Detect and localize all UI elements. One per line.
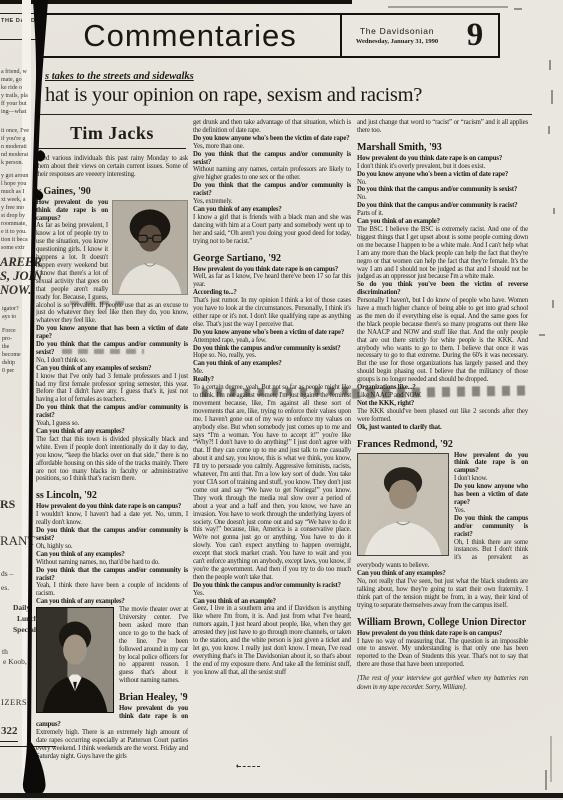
scan-top-edge <box>0 0 352 4</box>
section-title-cell: Commentaries <box>40 15 340 56</box>
interview-question: Do you know anyone who's been a victim o… <box>193 329 351 337</box>
interview-answer: Without naming names, no, that'd be hard… <box>36 559 188 567</box>
interview-answer: Yeah, I guess so. <box>36 420 188 428</box>
interview-question: Do you think that the campus and/or comm… <box>36 404 188 420</box>
interview-question: How prevalent do you think date rape is … <box>357 630 528 638</box>
interview-answer: That's just rumor. In my opinion I think… <box>193 297 351 329</box>
interview-question: Do you think that the campus and/or comm… <box>36 527 188 543</box>
interview-question: Do you think that the campus and/or comm… <box>36 341 188 357</box>
article-headline: hat is your opinion on rape, sexism and … <box>45 84 422 107</box>
interview-question: Organizations like...? <box>357 384 528 392</box>
interview-answer: No, I don't think so. <box>36 357 188 365</box>
margin-text-fragment: pro- <box>2 336 12 342</box>
interview-answer: I have no way of measuring that. The que… <box>357 638 528 670</box>
margin-text-fragment: st drop by <box>1 213 25 219</box>
interview-answer: No. <box>357 194 528 202</box>
margin-text-fragment: ff your but <box>1 101 27 107</box>
interview-question: Do you know anyone who's been a victim o… <box>357 171 528 179</box>
interview-question: Can you think of any examples? <box>357 570 528 578</box>
section-title: Commentaries <box>83 18 297 54</box>
interview-question: So do you think you've been the victim o… <box>357 281 528 297</box>
interview-answer: Extremely high. There is an extremely hi… <box>36 729 188 761</box>
margin-text-fragment: Special <box>13 625 36 634</box>
margin-text-fragment: if you're g <box>1 136 25 142</box>
interview-answer: Personally I haven't, but I do know of p… <box>357 297 528 384</box>
margin-text-fragment: y trails, pla <box>1 93 28 99</box>
columnist-byline: Tim Jacks <box>38 119 186 149</box>
interview-answer: Like NAACP and NOW. <box>357 392 528 400</box>
interview-answer: Yes, more than one. <box>193 143 351 151</box>
margin-text-fragment: dship <box>2 360 15 366</box>
interview-question: Can you think of any examples? <box>36 428 188 436</box>
paper-name: The Davidsonian <box>342 26 452 36</box>
interview-answer: The BSC. I believe the BSC is extremely … <box>357 226 528 281</box>
margin-text-fragment: e it to you. <box>1 229 27 235</box>
margin-text-fragment: a friend, w <box>1 69 27 75</box>
interview-question: Can you think of an example? <box>193 598 351 606</box>
interview-question: Do you know anyone who's been the victim… <box>193 135 351 143</box>
margin-text-fragment: y got aroun <box>1 173 28 179</box>
interview-question: Do you know anyone that has been a victi… <box>36 325 188 341</box>
margin-text-fragment: e Koob, <box>3 657 27 666</box>
interview-answer: Attempted rape, yeah, a few. <box>193 337 351 345</box>
interview-question: Really? <box>193 376 351 384</box>
interview-question: Do you think the campus and/or community… <box>193 582 351 590</box>
intro-paragraph: ested various individuals this past rain… <box>36 155 188 179</box>
page-number: 9 <box>452 19 498 52</box>
interview-answer: No, not really that I've seen, but just … <box>357 578 528 610</box>
student-portrait-healey <box>36 607 114 713</box>
interview-answer: To a certain degree, yeah. But not so fa… <box>193 384 351 582</box>
interview-question: Can you think of any examples? <box>36 598 188 606</box>
article-column-1: Tim Jacksested various individuals this … <box>36 119 188 761</box>
interview-answer: Geez, I live in a southern area and if D… <box>193 605 351 676</box>
interview-answer: and just change that word to “racist” or… <box>357 119 528 135</box>
margin-text-fragment: th <box>2 647 8 656</box>
margin-text-fragment: ays to <box>2 314 16 320</box>
section-masthead-box: Commentaries The Davidsonian Wednesday, … <box>38 13 500 58</box>
interview-answer: Oh, highly so. <box>36 543 188 551</box>
margin-text-fragment: RS <box>0 497 15 512</box>
margin-text-fragment: it once, I've <box>1 128 29 134</box>
interview-answer: The KKK should've been phased out like 2… <box>357 408 528 424</box>
interview-question: Can you think of an example? <box>357 218 528 226</box>
margin-text-fragment: igator? <box>2 306 19 312</box>
masthead-rule-top <box>0 13 38 14</box>
margin-text-fragment: ke ride o <box>1 85 22 91</box>
interview-answer: I know a girl that is friends with a bla… <box>193 214 351 246</box>
margin-text-fragment: the <box>2 344 9 350</box>
issue-date: Wednesday, January 31, 1990 <box>342 38 452 45</box>
adjacent-masthead-fragment: THE DAVIDS <box>1 18 40 24</box>
interview-answer: Me. <box>193 368 351 376</box>
margin-text-fragment: RANT <box>0 533 35 549</box>
scan-top-edge-faint <box>388 6 508 8</box>
interviewee-name: George Sartiano, '92 <box>193 253 351 264</box>
scan-bottom-edge <box>0 793 563 798</box>
interviewee-name: Frances Redmond, '92 <box>357 439 528 450</box>
interview-question: Can you think of any examples? <box>193 360 351 368</box>
interview-answer: Without naming any names, certain profes… <box>193 166 351 182</box>
margin-text-fragment: Daily <box>13 603 30 612</box>
student-portrait-gaines <box>112 200 188 295</box>
headline-rule <box>36 114 532 115</box>
interview-question: According to...? <box>193 289 351 297</box>
interview-question: Not the KKK, right? <box>357 400 528 408</box>
margin-text-fragment: n moderati <box>1 144 27 150</box>
interview-question: Do you think that the campus and/or comm… <box>193 151 351 167</box>
margin-text-fragment: become <box>2 352 21 358</box>
interviewee-name: Marshall Smith, '93 <box>357 142 528 153</box>
margin-text-fragment: NOW. <box>0 283 31 298</box>
interview-question: Do you think that the campus and/or comm… <box>357 202 528 210</box>
interview-question: Can you think of any examples of sexism? <box>36 365 188 373</box>
interview-question: Can you think of any examples? <box>36 551 188 559</box>
margin-text-fragment: xt week, a <box>1 197 26 203</box>
interview-question: Do you think the campus and/or community… <box>193 345 351 353</box>
interview-question: Do you think that the campus and/or comm… <box>36 567 188 583</box>
interview-answer: I wouldn't know, I haven't had a date ye… <box>36 511 188 527</box>
page-edge-gap <box>22 0 31 795</box>
interviewee-name: William Brown, College Union Director <box>357 617 528 628</box>
interview-question: Can you think of any examples? <box>193 206 351 214</box>
margin-text-fragment: tion it beca <box>1 237 28 243</box>
pen-mark <box>238 766 260 767</box>
margin-text-fragment: ds – <box>1 569 13 578</box>
interview-question: Ok, just wanted to clarify that. <box>357 424 528 432</box>
interview-answer: Yeah, I think there have been a couple o… <box>36 582 188 598</box>
interview-answer: Parts of it. <box>357 210 528 218</box>
margin-text-fragment: much as I <box>1 189 24 195</box>
interview-answer: Yes. <box>193 590 351 598</box>
interview-answer: I don't think it's overly prevalent, but… <box>357 163 528 171</box>
margin-text-fragment: ing—what <box>1 109 26 115</box>
margin-text-fragment: y free mo <box>1 205 24 211</box>
interview-answer: No. <box>357 179 528 187</box>
interview-answer: Well, as far as I know, I've heard there… <box>193 273 351 289</box>
margin-text-fragment: l hope you <box>1 181 26 187</box>
editor-note: [The rest of your interview got garbled … <box>357 674 528 692</box>
interview-question: How prevalent do you think date rape is … <box>357 155 528 163</box>
margin-text-fragment: Force <box>2 328 16 334</box>
student-portrait-redmond <box>357 453 449 556</box>
interview-answer: get drunk and then take advantage of tha… <box>193 119 351 135</box>
margin-text-fragment: S, JOIN <box>0 269 42 284</box>
margin-text-fragment: es. <box>1 583 9 592</box>
interview-answer: Yes, extremely. <box>193 198 351 206</box>
margin-text-fragment: IZERS <box>1 697 27 707</box>
newspaper-page-scan: THE DAVIDS Commentaries The Davidsonian … <box>0 0 563 800</box>
interview-question: Do you think that the campus and/or comm… <box>357 186 528 194</box>
margin-text-fragment: k person. <box>1 160 23 166</box>
margin-text-fragment: some extr <box>1 245 25 251</box>
interview-question: How prevalent do you think date rape is … <box>36 503 188 511</box>
article-column-2: get drunk and then take advantage of tha… <box>193 119 351 761</box>
interview-answer: The fact that this town is divided physi… <box>36 436 188 483</box>
interview-answer: Hope so. No, really, yes. <box>193 352 351 360</box>
interviewee-name: y Gaines, '90 <box>36 186 188 197</box>
interview-question: Do you think that the campus and/or comm… <box>193 182 351 198</box>
margin-text-fragment: nd moderat <box>1 152 28 158</box>
interview-answer: I know that I've only had 3 female profe… <box>36 373 188 405</box>
article-column-3: and just change that word to “racist” or… <box>357 119 528 761</box>
margin-text-fragment: roommate, <box>1 221 27 227</box>
interview-question: How prevalent do you think date rape is … <box>193 266 351 274</box>
interviewee-name: ss Lincoln, '92 <box>36 490 188 501</box>
margin-text-fragment: AREER <box>0 255 42 270</box>
margin-text-fragment: 0 per <box>2 368 14 374</box>
paper-info-cell: The Davidsonian Wednesday, January 31, 1… <box>340 15 498 56</box>
margin-text-fragment: mate, go <box>1 77 22 83</box>
kicker-headline: s takes to the streets and sidewalks <box>45 71 194 82</box>
margin-text-fragment: Lunch <box>17 614 38 623</box>
margin-text-fragment: 322 <box>1 725 18 737</box>
